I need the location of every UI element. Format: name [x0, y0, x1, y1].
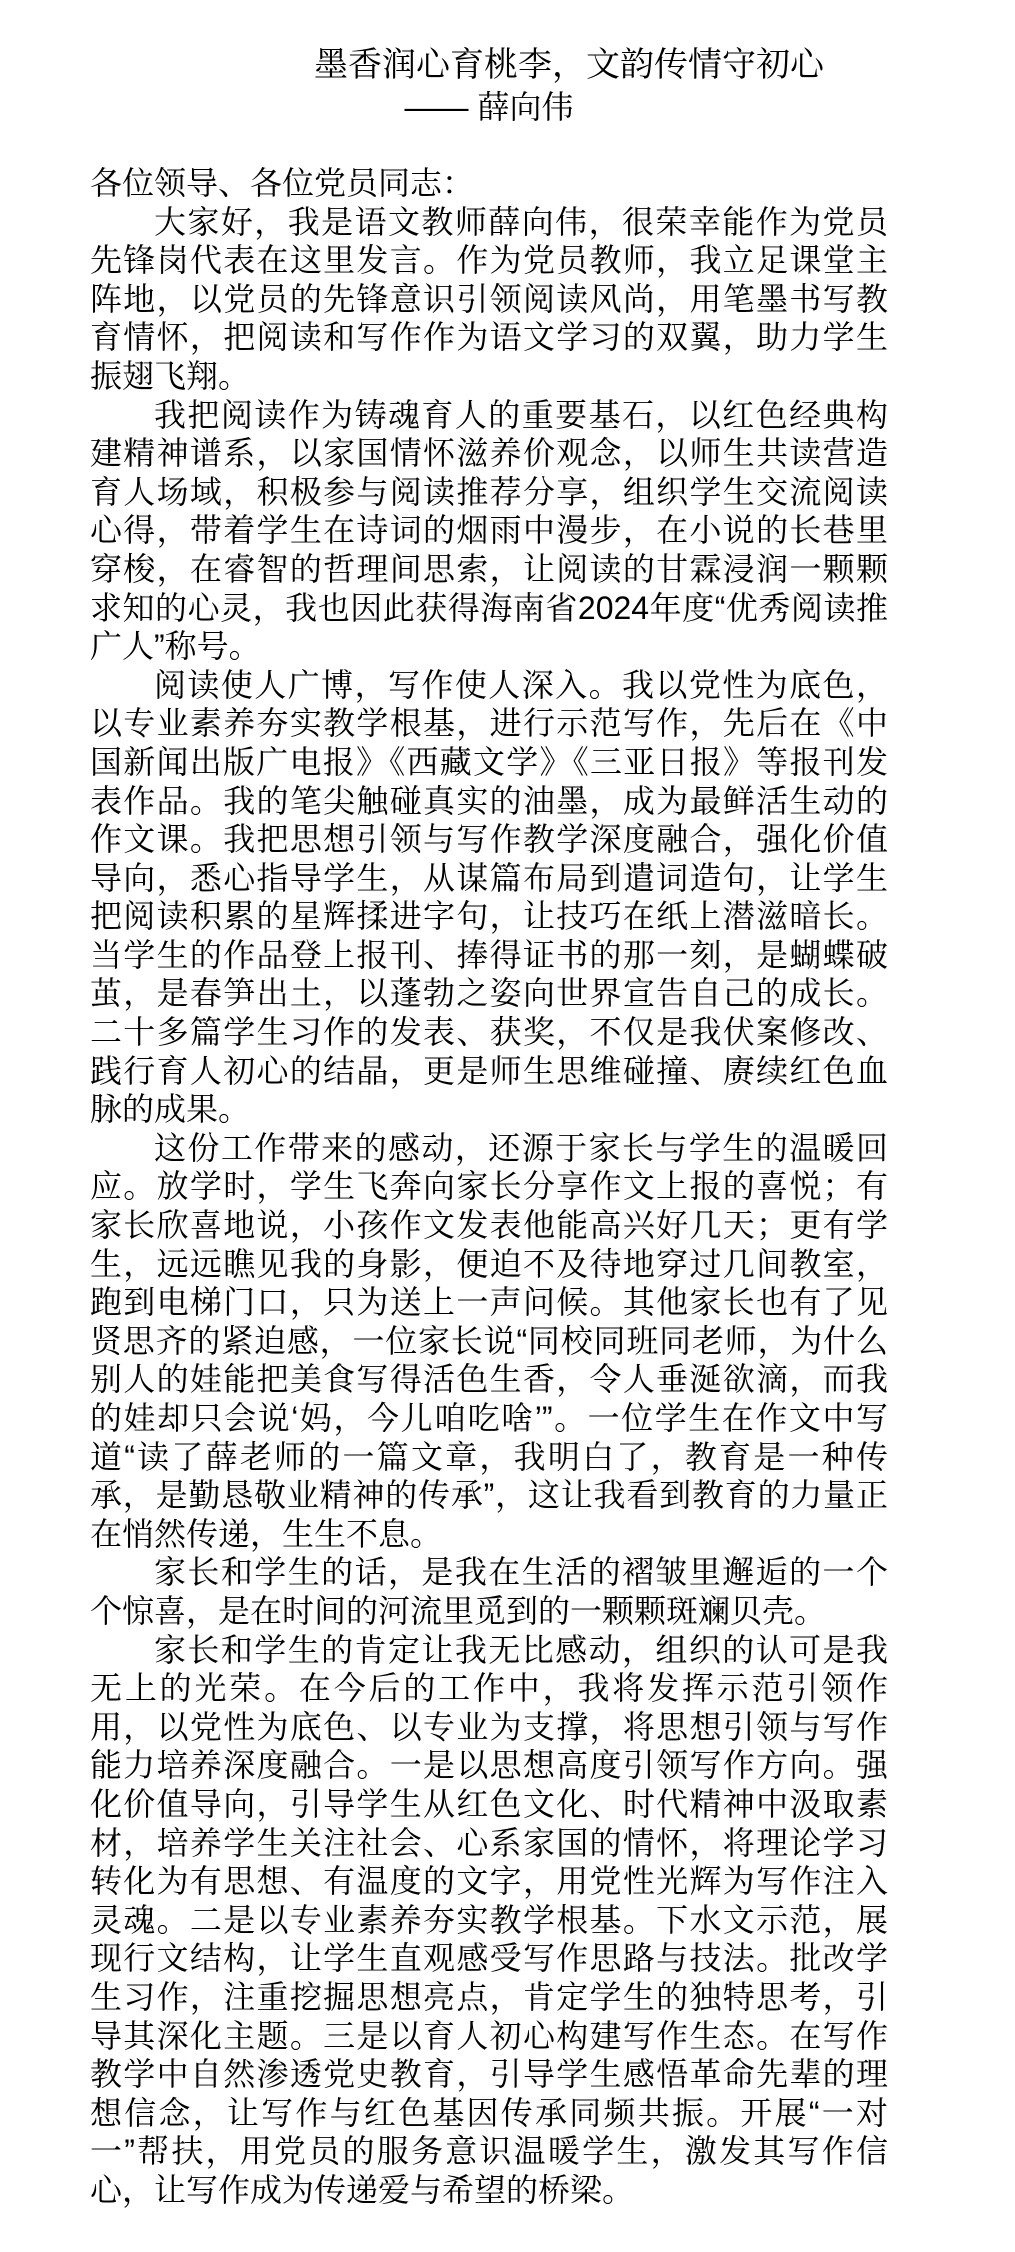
document-byline: —— 薛向伟	[90, 86, 888, 128]
paragraph-3: 阅读使人广博，写作使人深入。我以党性为底色，以专业素养夯实教学根基，进行示范写作…	[90, 666, 888, 1129]
salutation-line: 各位领导、各位党员同志：	[90, 164, 888, 203]
paragraph-6: 家长和学生的肯定让我无比感动，组织的认可是我无上的光荣。在今后的工作中，我将发挥…	[90, 1631, 888, 2210]
document-title: 墨香润心育桃李，文韵传情守初心	[170, 44, 968, 86]
paragraph-4: 这份工作带来的感动，还源于家长与学生的温暖回应。放学时，学生飞奔向家长分享作文上…	[90, 1129, 888, 1554]
paragraph-1: 大家好，我是语文教师薛向伟，很荣幸能作为党员先锋岗代表在这里发言。作为党员教师，…	[90, 203, 888, 396]
paragraph-5: 家长和学生的话，是我在生活的褶皱里邂逅的一个个惊喜，是在时间的河流里觅到的一颗颗…	[90, 1553, 888, 1630]
paragraph-2: 我把阅读作为铸魂育人的重要基石，以红色经典构建精神谱系，以家国情怀滋养价观念，以…	[90, 396, 888, 666]
speech-document: 墨香润心育桃李，文韵传情守初心 —— 薛向伟 各位领导、各位党员同志： 大家好，…	[0, 0, 888, 2209]
